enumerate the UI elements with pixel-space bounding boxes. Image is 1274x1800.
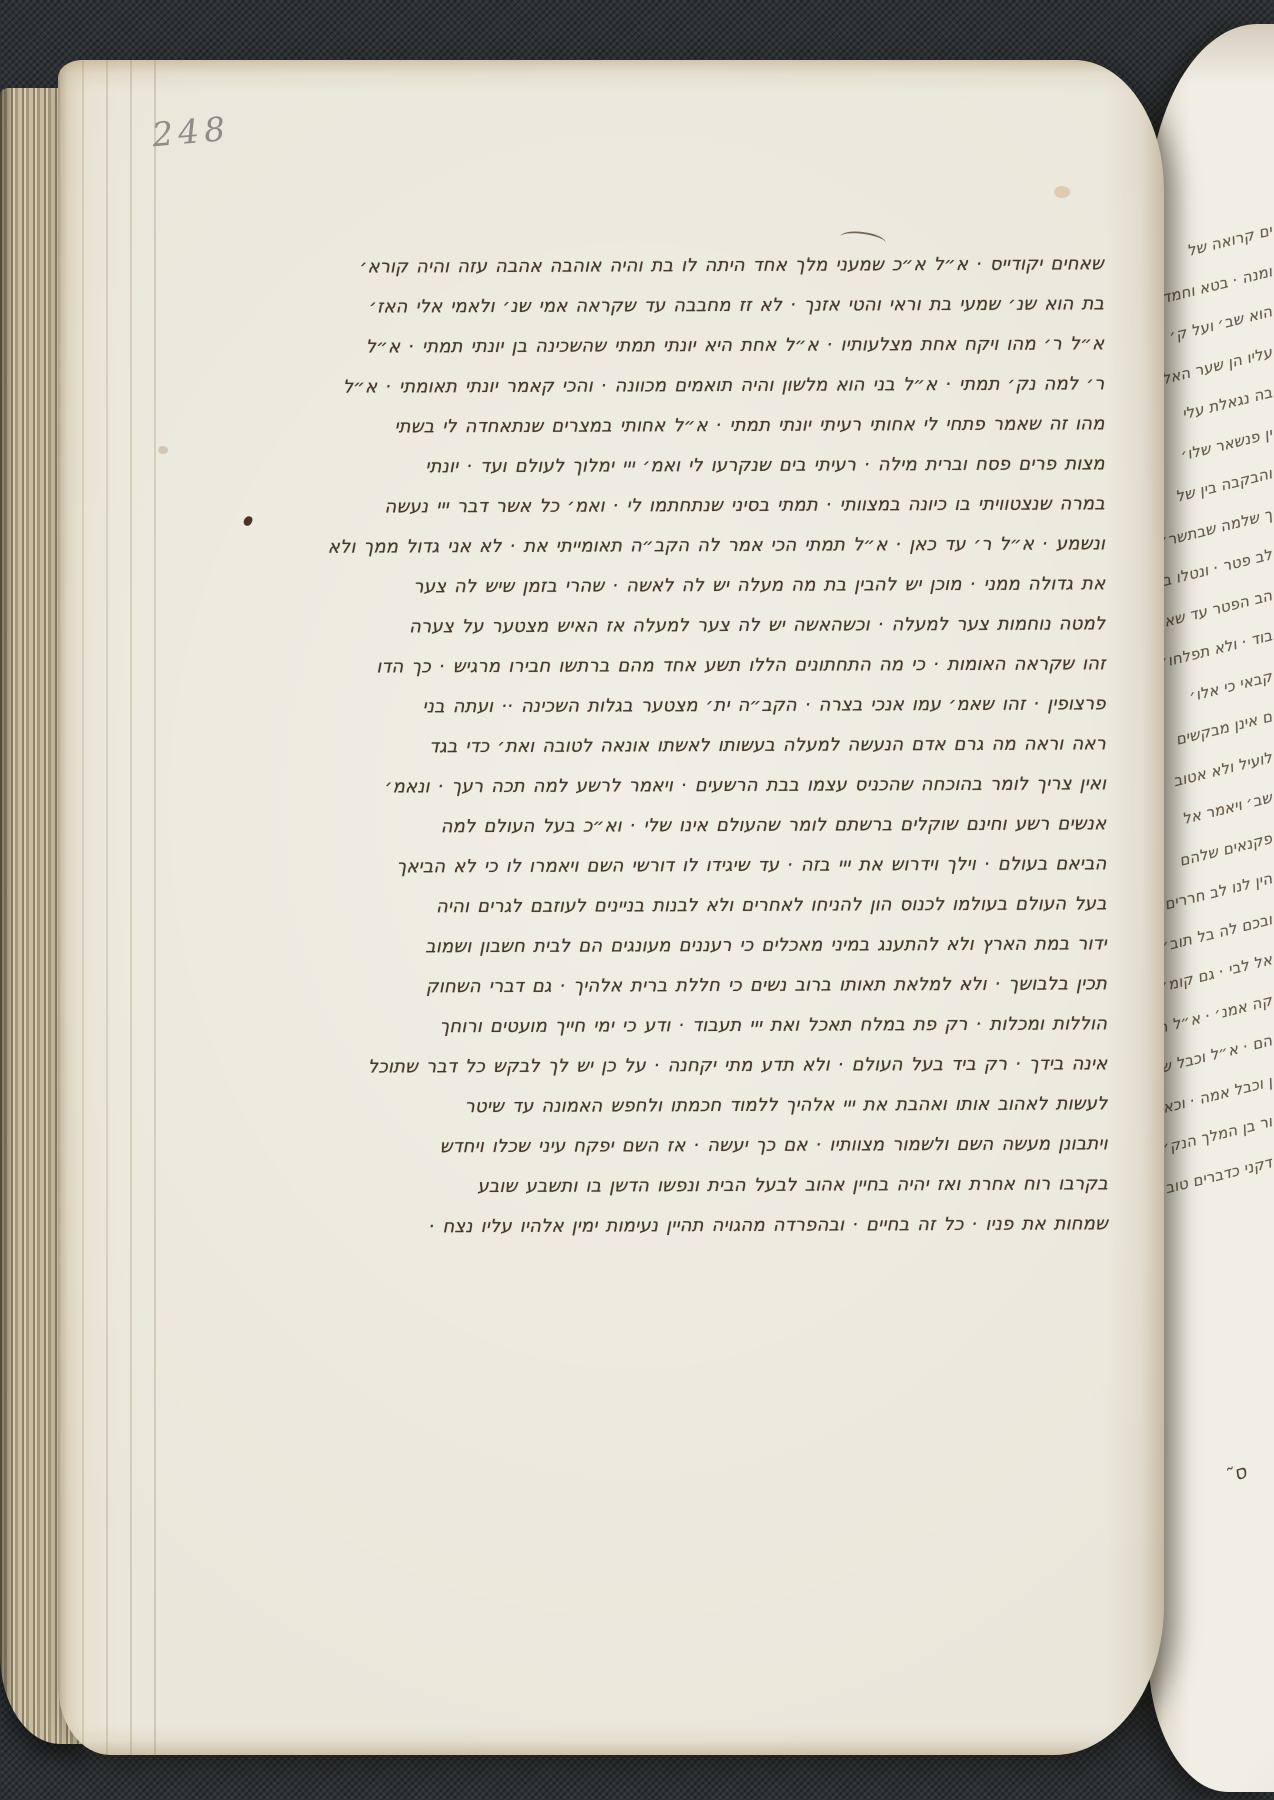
manuscript-line: בקרבו רוח אחרת ואז יהיה בחיין אהוב לבעל … bbox=[334, 1164, 1108, 1207]
manuscript-line: ויתבונן מעשה השם ולשמור מצוותיו · אם כך … bbox=[334, 1124, 1108, 1167]
manuscript-line: א״ל ר׳ מהו ויקח אחת מצלעותיו · א״ל אחת ה… bbox=[330, 324, 1104, 367]
manuscript-line: מצות פרים פסח וברית מילה · רעיתי בים שנק… bbox=[331, 444, 1105, 487]
manuscript-text-block: שאחים יקודייס · א״ל א״כ שמעני מלך אחד הי… bbox=[330, 244, 1108, 1247]
adjacent-page-text-column: ים קרואה שלומנה · בטא וחמדהוא שב׳ ועל ק׳… bbox=[1148, 210, 1272, 1182]
quire-signature-mark: ס̃ bbox=[1231, 1461, 1250, 1486]
manuscript-line: הוללות ומכלות · רק פת במלח תאכל ואת ייי … bbox=[333, 1004, 1107, 1047]
manuscript-line: למטה נוחמות צער למעלה · וכשהאשה יש לה צע… bbox=[331, 604, 1105, 647]
manuscript-photo: ים קרואה שלומנה · בטא וחמדהוא שב׳ ועל ק׳… bbox=[0, 0, 1274, 1800]
manuscript-line: שאחים יקודייס · א״ל א״כ שמעני מלך אחד הי… bbox=[330, 244, 1104, 287]
manuscript-line: ונשמע · א״ל ר׳ עד כאן · א״ל תמתי הכי אמר… bbox=[331, 524, 1105, 567]
adjacent-page-edge: ים קרואה שלומנה · בטא וחמדהוא שב׳ ועל ק׳… bbox=[1148, 24, 1274, 1792]
manuscript-line: ואין צריך לומר בהוכחה שהכניס עצמו בבת הר… bbox=[332, 764, 1106, 807]
manuscript-line: ידור במת הארץ ולא להתענג במיני מאכלים כי… bbox=[333, 924, 1107, 967]
manuscript-line: במרה שנצטוויתי בו כיונה במצוותי · תמתי ב… bbox=[331, 484, 1105, 527]
manuscript-line: מהו זה שאמר פתחי לי אחותי רעיתי יונתי תמ… bbox=[331, 404, 1105, 447]
manuscript-page: 248 שאחים יקודייס · א״ל א״כ שמעני מלך אח… bbox=[58, 60, 1164, 1755]
manuscript-line: ראה וראה מה גרם אדם הנעשה למעלה בעשותו ל… bbox=[332, 724, 1106, 767]
manuscript-line: שמחות את פניו · כל זה בחיים · ובהפרדה מה… bbox=[334, 1204, 1108, 1247]
manuscript-line: תכין בלבושך · ולא למלאת תאותו ברוב נשים … bbox=[333, 964, 1107, 1007]
manuscript-line: אנשים רשע וחינם שוקלים ברשתם לומר שהעולם… bbox=[332, 804, 1106, 847]
manuscript-line: הביאם בעולם · וילך וידרוש את ייי בזה · ע… bbox=[332, 844, 1106, 887]
manuscript-line: לעשות לאהוב אותו ואהבת את ייי אלהיך ללמו… bbox=[333, 1084, 1107, 1127]
manuscript-line: את גדולה ממני · מוכן יש להבין בת מה מעלה… bbox=[331, 564, 1105, 607]
manuscript-line: בת הוא שנ׳ שמעי בת וראי והטי אזנך · לא ז… bbox=[330, 284, 1104, 327]
manuscript-line: פרצופין · זהו שאמ׳ עמו אנכי בצרה · הקב״ה… bbox=[332, 684, 1106, 727]
foxing-spot bbox=[1054, 186, 1070, 198]
folio-number-pencil: 248 bbox=[150, 109, 231, 155]
manuscript-line: אינה בידך · רק ביד בעל העולם · ולא תדע מ… bbox=[333, 1044, 1107, 1087]
manuscript-line: בעל העולם בעולמו לכנוס הון להניחו לאחרים… bbox=[333, 884, 1107, 927]
manuscript-line: זהו שקראה האומות · כי מה התחתונים הללו ת… bbox=[332, 644, 1106, 687]
manuscript-line: ר׳ למה נק׳ תמתי · א״ל בני הוא מלשון והיה… bbox=[330, 364, 1104, 407]
